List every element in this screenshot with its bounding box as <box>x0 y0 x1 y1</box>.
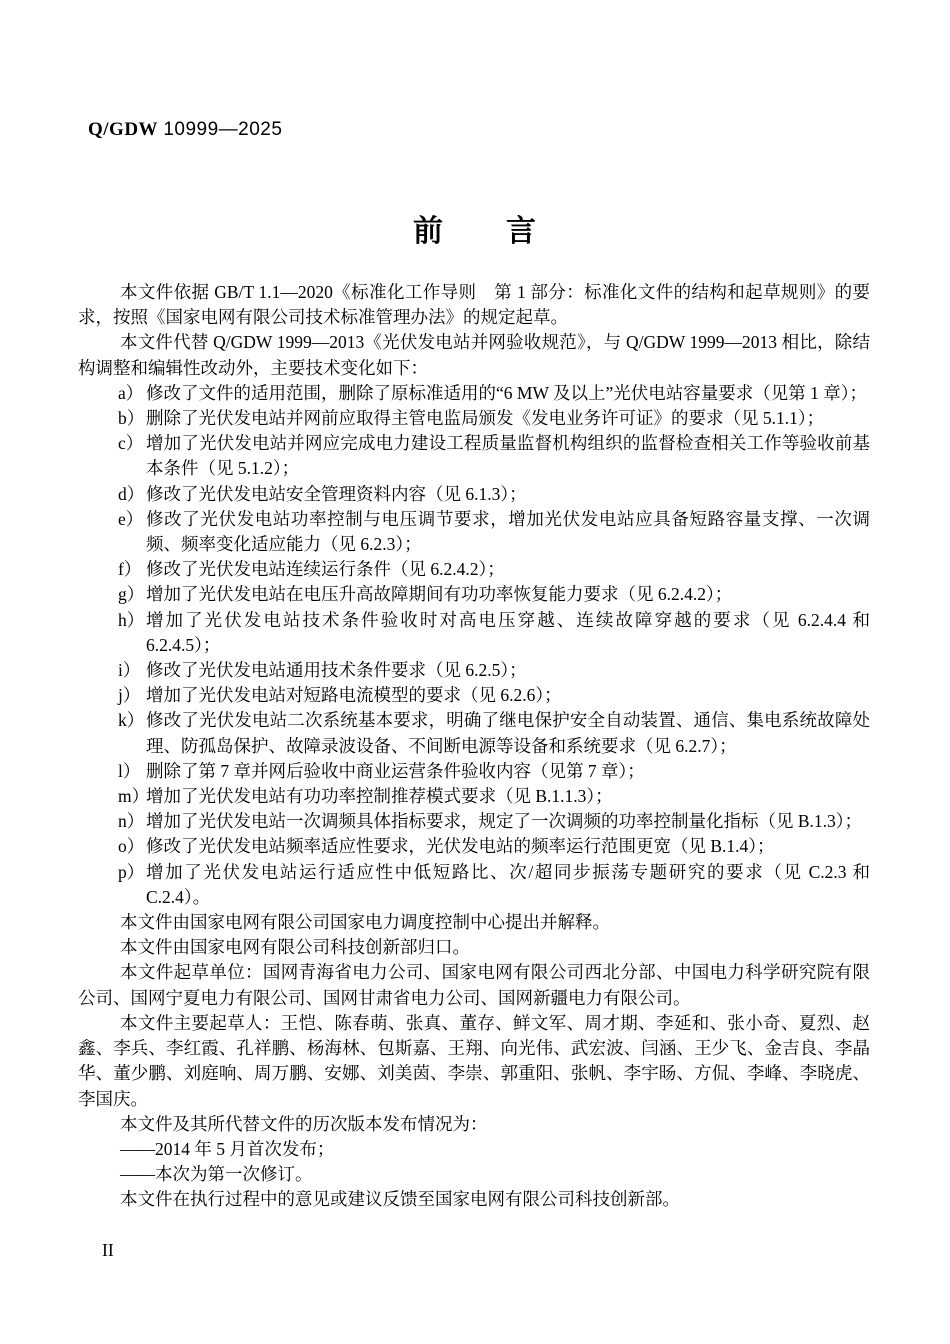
change-item-i: i） 修改了光伏发电站通用技术条件要求（见 6.2.5）； <box>78 658 870 683</box>
closing-paragraph-drafting-units: 本文件起草单位：国网青海省电力公司、国家电网有限公司西北分部、中国电力科学研究院… <box>78 960 870 1010</box>
change-item-label: c） <box>118 431 143 456</box>
change-item-p: p） 增加了光伏发电站运行适应性中低短路比、次/超同步振荡专题研究的要求（见 C… <box>78 860 870 910</box>
document-body: 本文件依据 GB/T 1.1—2020《标准化工作导则 第 1 部分：标准化文件… <box>78 280 870 1213</box>
page-number: II <box>102 1240 114 1261</box>
change-item-f: f） 修改了光伏发电站连续运行条件（见 6.2.4.2）； <box>78 557 870 582</box>
closing-paragraph-feedback: 本文件在执行过程中的意见或建议反馈至国家电网有限公司科技创新部。 <box>78 1187 870 1212</box>
change-item-text: 修改了光伏发电站二次系统基本要求，明确了继电保护安全自动装置、通信、集电系统故障… <box>146 710 870 755</box>
standard-code: Q/GDW 10999—2025 <box>88 119 282 141</box>
closing-paragraph-proposer: 本文件由国家电网有限公司国家电力调度控制中心提出并解释。 <box>78 910 870 935</box>
change-item-text: 修改了文件的适用范围，删除了原标准适用的“6 MW 及以上”光伏电站容量要求（见… <box>146 383 867 403</box>
change-item-j: j） 增加了光伏发电站对短路电流模型的要求（见 6.2.6）； <box>78 683 870 708</box>
document-page: Q/GDW 10999—2025 前 言 本文件依据 GB/T 1.1—2020… <box>0 0 950 1344</box>
change-item-text: 增加了光伏发电站运行适应性中低短路比、次/超同步振荡专题研究的要求（见 C.2.… <box>146 862 870 907</box>
change-item-label: i） <box>118 658 140 683</box>
standard-code-prefix: Q/GDW <box>88 119 158 140</box>
change-item-b: b） 删除了光伏发电站并网前应取得主管电监局颁发《发电业务许可证》的要求（见 5… <box>78 406 870 431</box>
change-item-label: o） <box>118 834 144 859</box>
intro-paragraph: 本文件依据 GB/T 1.1—2020《标准化工作导则 第 1 部分：标准化文件… <box>78 280 870 330</box>
change-item-label: m） <box>118 784 149 809</box>
closing-paragraph-centralizer: 本文件由国家电网有限公司科技创新部归口。 <box>78 935 870 960</box>
change-item-label: l） <box>118 759 140 784</box>
change-item-e: e） 修改了光伏发电站功率控制与电压调节要求，增加光伏发电站应具备短路容量支撑、… <box>78 507 870 557</box>
change-item-label: h） <box>118 608 144 633</box>
change-item-text: 修改了光伏发电站通用技术条件要求（见 6.2.5）； <box>146 660 527 680</box>
change-item-label: e） <box>118 507 143 532</box>
change-item-text: 删除了光伏发电站并网前应取得主管电监局颁发《发电业务许可证》的要求（见 5.1.… <box>146 408 824 428</box>
history-item-revision: ——本次为第一次修订。 <box>78 1162 870 1187</box>
change-item-label: p） <box>118 860 144 885</box>
change-item-g: g） 增加了光伏发电站在电压升高故障期间有功功率恢复能力要求（见 6.2.4.2… <box>78 582 870 607</box>
change-item-m: m） 增加了光伏发电站有功功率控制推荐模式要求（见 B.1.1.3）； <box>78 784 870 809</box>
change-item-label: b） <box>118 406 144 431</box>
change-item-o: o） 修改了光伏发电站频率适应性要求，光伏发电站的频率运行范围更宽（见 B.1.… <box>78 834 870 859</box>
change-item-text: 增加了光伏发电站技术条件验收时对高电压穿越、连续故障穿越的要求（见 6.2.4.… <box>146 610 870 655</box>
change-item-a: a） 修改了文件的适用范围，删除了原标准适用的“6 MW 及以上”光伏电站容量要… <box>78 381 870 406</box>
change-item-text: 增加了光伏发电站一次调频具体指标要求，规定了一次调频的功率控制量化指标（见 B.… <box>146 811 862 831</box>
history-item-first-release: ——2014 年 5 月首次发布； <box>78 1137 870 1162</box>
change-item-text: 增加了光伏发电站有功功率控制推荐模式要求（见 B.1.1.3）； <box>146 786 613 806</box>
change-item-text: 增加了光伏发电站在电压升高故障期间有功功率恢复能力要求（见 6.2.4.2）； <box>146 584 732 604</box>
change-item-h: h） 增加了光伏发电站技术条件验收时对高电压穿越、连续故障穿越的要求（见 6.2… <box>78 608 870 658</box>
change-item-c: c） 增加了光伏发电站并网应完成电力建设工程质量监督机构组织的监督检查相关工作等… <box>78 431 870 481</box>
change-item-text: 删除了第 7 章并网后验收中商业运营条件验收内容（见第 7 章）； <box>146 761 645 781</box>
change-item-text: 修改了光伏发电站频率适应性要求，光伏发电站的频率运行范围更宽（见 B.1.4）； <box>146 836 775 856</box>
change-item-label: d） <box>118 482 144 507</box>
change-item-label: g） <box>118 582 144 607</box>
standard-code-number: 10999—2025 <box>163 119 282 140</box>
change-item-l: l） 删除了第 7 章并网后验收中商业运营条件验收内容（见第 7 章）； <box>78 759 870 784</box>
closing-paragraph-drafters: 本文件主要起草人：王恺、陈春萌、张真、董存、鲜文军、周才期、李延和、张小奇、夏烈… <box>78 1011 870 1112</box>
change-item-text: 增加了光伏发电站并网应完成电力建设工程质量监督机构组织的监督检查相关工作等验收前… <box>146 433 870 478</box>
change-item-label: j） <box>118 683 140 708</box>
change-item-label: n） <box>118 809 144 834</box>
change-item-d: d） 修改了光伏发电站安全管理资料内容（见 6.1.3）； <box>78 482 870 507</box>
change-item-label: k） <box>118 708 144 733</box>
change-item-n: n） 增加了光伏发电站一次调频具体指标要求，规定了一次调频的功率控制量化指标（见… <box>78 809 870 834</box>
change-item-text: 修改了光伏发电站安全管理资料内容（见 6.1.3）； <box>146 484 527 504</box>
change-item-k: k） 修改了光伏发电站二次系统基本要求，明确了继电保护安全自动装置、通信、集电系… <box>78 708 870 758</box>
change-item-text: 修改了光伏发电站连续运行条件（见 6.2.4.2）； <box>146 559 505 579</box>
foreword-title: 前 言 <box>0 206 950 250</box>
closing-paragraph-history-intro: 本文件及其所代替文件的历次版本发布情况为： <box>78 1112 870 1137</box>
intro-paragraph: 本文件代替 Q/GDW 1999—2013《光伏发电站并网验收规范》，与 Q/G… <box>78 330 870 380</box>
change-item-label: f） <box>118 557 141 582</box>
change-item-text: 修改了光伏发电站功率控制与电压调节要求，增加光伏发电站应具备短路容量支撑、一次调… <box>146 509 870 554</box>
change-item-text: 增加了光伏发电站对短路电流模型的要求（见 6.2.6）； <box>146 685 562 705</box>
change-item-label: a） <box>118 381 143 406</box>
